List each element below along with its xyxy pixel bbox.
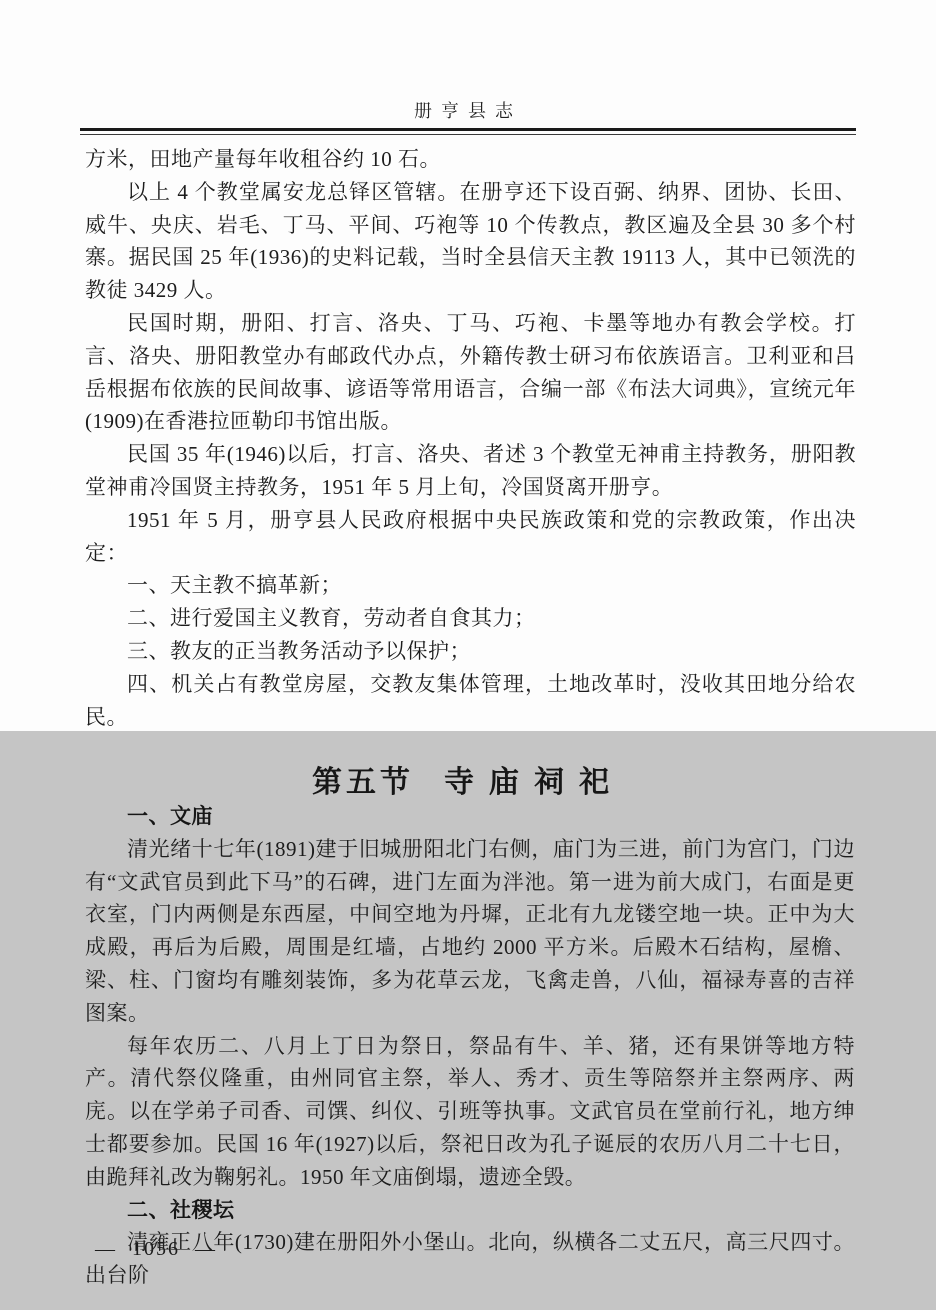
paragraph: 清光绪十七年(1891)建于旧城册阳北门右侧，庙门为三进，前门为宫门，门边有“文… bbox=[85, 833, 855, 1030]
running-head: 册亨县志 bbox=[0, 97, 936, 123]
paragraph: 民国 35 年(1946)以后，打言、洛央、者述 3 个教堂无神甫主持教务，册阳… bbox=[85, 438, 856, 504]
paragraph: 二、进行爱国主义教育，劳动者自食其力； bbox=[85, 602, 856, 635]
section-heading-title: 寺庙祠祀 bbox=[444, 757, 624, 801]
band-content: 一、文庙 清光绪十七年(1891)建于旧城册阳北门右侧，庙门为三进，前门为宫门，… bbox=[0, 800, 936, 1292]
section-heading: 第五节 寺庙祠祀 bbox=[0, 758, 936, 800]
paragraph: 以上 4 个教堂属安龙总铎区管辖。在册亨还下设百弼、纳界、团协、长田、威牛、央庆… bbox=[85, 176, 856, 307]
subsection-heading-shejitan: 二、社稷坛 bbox=[85, 1194, 855, 1227]
paragraph: 一、天主教不搞革新； bbox=[85, 569, 856, 602]
section-heading-label: 第五节 bbox=[312, 757, 414, 801]
paragraph: 每年农历二、八月上丁日为祭日，祭品有牛、羊、猪，还有果饼等地方特产。清代祭仪隆重… bbox=[85, 1030, 855, 1194]
header-rule bbox=[80, 128, 856, 135]
scanned-document-page: 册亨县志 方米，田地产量每年收租谷约 10 石。以上 4 个教堂属安龙总铎区管辖… bbox=[0, 0, 936, 1310]
page-number: — 1056 — bbox=[95, 1238, 217, 1261]
paragraph: 民国时期，册阳、打言、洛央、丁马、巧袍、卡墨等地办有教会学校。打言、洛央、册阳教… bbox=[85, 307, 856, 438]
subsection-heading-wenmiao: 一、文庙 bbox=[85, 800, 855, 833]
paragraph: 三、教友的正当教务活动予以保护； bbox=[85, 635, 856, 668]
subsection-wenmiao-paragraphs: 清光绪十七年(1891)建于旧城册阳北门右侧，庙门为三进，前门为宫门，门边有“文… bbox=[85, 833, 855, 1194]
scan-gray-band: 第五节 寺庙祠祀 一、文庙 清光绪十七年(1891)建于旧城册阳北门右侧，庙门为… bbox=[0, 731, 936, 1310]
paragraph: 四、机关占有教堂房屋，交教友集体管理，土地改革时，没收其田地分给农民。 bbox=[85, 668, 856, 734]
paragraph: 1951 年 5 月，册亨县人民政府根据中央民族政策和党的宗教政策，作出决定： bbox=[85, 504, 856, 570]
paragraph: 方米，田地产量每年收租谷约 10 石。 bbox=[85, 143, 856, 176]
